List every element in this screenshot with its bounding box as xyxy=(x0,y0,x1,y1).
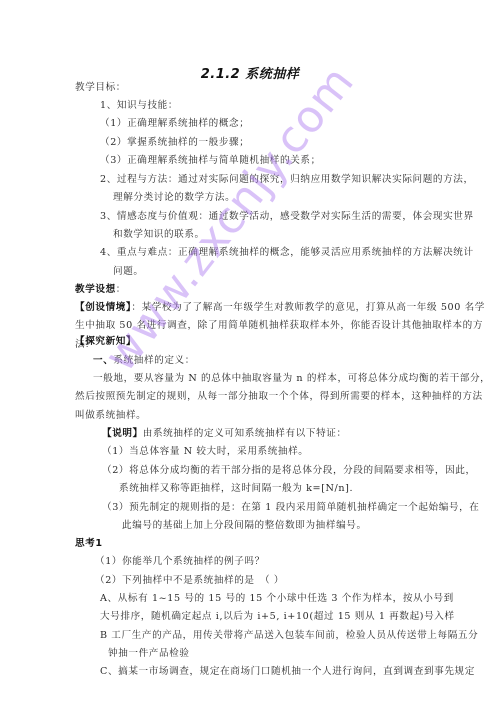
design-heading-line: 教学设想： xyxy=(75,284,126,296)
note-text: 由系统抽样的定义可知系统抽样有以下特证： xyxy=(143,428,347,439)
option-b-cont: 钟抽一件产品检验 xyxy=(108,648,190,660)
definition-line-2: 然后按照预先制定的规则，从每一部分抽取一个个体，得到所需要的样本，这种抽样的方法 xyxy=(75,391,483,403)
objective-keypoints-cont: 问题。 xyxy=(113,266,144,278)
objectives-heading: 教学目标： xyxy=(75,82,126,94)
definition-line-1: 一般地，要从容量为 N 的总体中抽取容量为 n 的样本，可将总体分成均衡的若干部… xyxy=(93,373,490,385)
objective-process-cont: 理解分类讨论的数学方法。 xyxy=(113,192,235,204)
design-heading: 教学设想 xyxy=(75,284,116,295)
page-title: 2.1.2 系统抽样 xyxy=(0,63,500,82)
objective-keypoints: 4、重点与难点：正确理解系统抽样的概念，能够灵活应用系统抽样的方法解决统计 xyxy=(100,247,474,259)
objective-process: 2、过程与方法：通过对实际问题的探究，归纳应用数学知识解决实际问题的方法， xyxy=(100,174,474,186)
scenario-label: 【创设情境】 xyxy=(75,302,131,313)
scenario-line-1: 【创设情境】：某学校为了了解高一年级学生对教师教学的意见，打算从高一年级 500… xyxy=(75,302,485,314)
definition-line-3: 叫做系统抽样。 xyxy=(75,410,146,422)
feature-3: （3）预先制定的规则指的是：在第 1 段内采用简单随机抽样确定一个起始编号，在 xyxy=(102,502,480,514)
objective-knowledge: 1、知识与技能： xyxy=(100,100,178,112)
objective-emotion: 3、情感态度与价值观：通过数学活动，感受数学对实际生活的需要，体会现实世界 xyxy=(100,211,474,223)
note-line: 【说明】由系统抽样的定义可知系统抽样有以下特证： xyxy=(102,428,347,440)
objective-knowledge-3: （3）正确理解系统抽样与简单随机抽样的关系； xyxy=(100,155,321,167)
option-b: B 工厂生产的产品，用传关带将产品送入包装车间前，检验人员从传送带上每隔五分 xyxy=(100,630,478,642)
option-a: A、从标有 1~15 号的 15 号的 15 个小球中任选 3 个作为样本，按从… xyxy=(100,593,454,605)
objective-knowledge-1: （1）正确理解系统抽样的概念； xyxy=(100,118,249,130)
think-question-1: （1）你能举几个系统抽样的例子吗？ xyxy=(95,556,265,568)
feature-1: （1）当总体容量 N 较大时，采用系统抽样。 xyxy=(102,446,308,458)
objective-knowledge-2: （2）掌握系统抽样的一般步骤； xyxy=(100,137,249,149)
option-c: C、搞某一市场调查，规定在商场门口随机抽一个人进行询问，直到调查到事先规定 xyxy=(100,666,475,678)
option-a-cont: 大号排序，随机确定起点 i,以后为 i+5, i+10(超过 15 则从 1 再… xyxy=(100,611,455,623)
definition-heading-text: 系统抽样的定义： xyxy=(113,355,195,366)
scenario-line-2: 生中抽取 50 名进行调查，除了用简单随机抽样获取样本外，你能否设计其他抽取样本… xyxy=(75,320,483,332)
objective-emotion-cont: 和数学知识的联系。 xyxy=(113,229,205,241)
explore-heading: 【探究新知】 xyxy=(75,336,136,348)
feature-2-cont: 系统抽样又称等距抽样，这时间隔一般为 k=[N/n]. xyxy=(119,483,353,495)
design-colon: ： xyxy=(116,284,126,295)
feature-2: （2）将总体分成均衡的若干部分指的是将总体分段，分段的间隔要求相等，因此， xyxy=(102,465,476,477)
document-page: 2.1.2 系统抽样 教学目标： 1、知识与技能： （1）正确理解系统抽样的概念… xyxy=(0,0,500,707)
feature-3-cont: 此编号的基础上加上分段间隔的整倍数即为抽样编号。 xyxy=(122,520,367,532)
answer-parentheses: （ ） xyxy=(260,575,284,587)
note-label: 【说明】 xyxy=(102,428,143,439)
definition-heading-num: 一、 xyxy=(93,355,113,366)
think-heading: 思考1 xyxy=(75,538,103,550)
definition-heading: 一、系统抽样的定义： xyxy=(93,355,195,367)
scenario-text-1: ：某学校为了了解高一年级学生对教师教学的意见，打算从高一年级 500 名学 xyxy=(131,302,485,313)
think-question-2: （2）下列抽样中不是系统抽样的是 xyxy=(95,575,255,587)
